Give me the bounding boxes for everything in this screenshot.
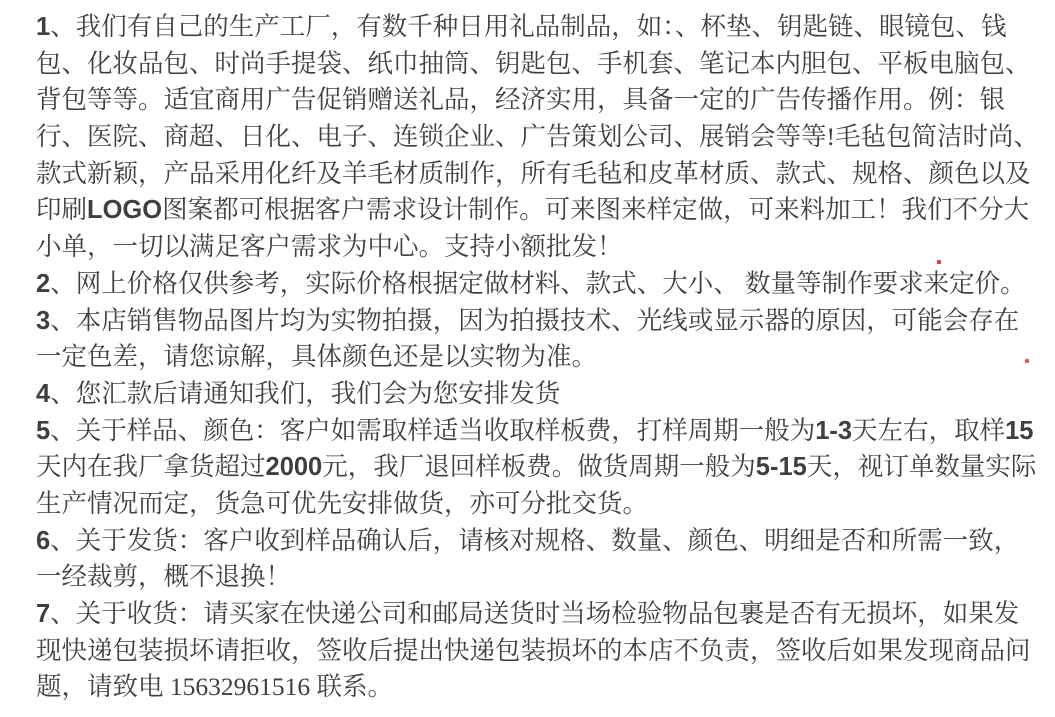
text-segment: 款式新颖，产品采用化纤及羊毛材质制作，所有毛毡和皮革材质、款式、规格、颜色以及 — [36, 159, 1031, 188]
bold-number-segment: 2 — [36, 270, 50, 298]
text-segment: 印刷 — [36, 195, 87, 224]
paragraph-item-2: 2、网上价格仅供参考，实际价格根据定做材料、款式、大小、 数量等制作要求来定价。 — [36, 266, 1027, 303]
bold-number-segment: 2000 — [266, 453, 323, 481]
text-segment: 、关于样品、颜色：客户如需取样适当收取样板费，打样周期一般为 — [50, 416, 815, 445]
text-line: 生产情况而定，货急可优先安排做货，亦可分批交货。 — [36, 486, 1027, 523]
text-segment: 元，我厂退回样板费。做货周期一般为 — [322, 452, 756, 481]
text-line: 2、网上价格仅供参考，实际价格根据定做材料、款式、大小、 数量等制作要求来定价。 — [36, 266, 1027, 303]
text-line: 一定色差，请您谅解，具体颜色还是以实物为准。 — [36, 339, 1027, 376]
bold-number-segment: 3 — [36, 307, 50, 335]
text-segment: 题，请致电 15632961516 联系。 — [36, 672, 393, 701]
bold-number-segment: 6 — [36, 527, 50, 555]
text-segment: 图案都可根据客户需求设计制作。可来图来样定做，可来料加工！我们不分大 — [162, 195, 1029, 224]
text-segment: 、关于收货：请买家在快递公司和邮局送货时当场检验物品包裹是否有无损坏，如果发 — [50, 599, 1019, 628]
bold-number-segment: 4 — [36, 380, 50, 408]
text-segment: 一定色差，请您谅解，具体颜色还是以实物为准。 — [36, 342, 597, 371]
text-segment: 、关于发货：客户收到样品确认后，请核对规格、数量、颜色、明细是否和所需一致， — [50, 526, 1019, 555]
paragraph-item-7: 7、关于收货：请买家在快递公司和邮局送货时当场检验物品包裹是否有无损坏，如果发 … — [36, 596, 1027, 706]
text-segment: 生产情况而定，货急可优先安排做货，亦可分批交货。 — [36, 489, 648, 518]
paragraph-item-6: 6、关于发货：客户收到样品确认后，请核对规格、数量、颜色、明细是否和所需一致， … — [36, 523, 1027, 596]
text-line: 1、我们有自己的生产工厂，有数千种日用礼品制品，如：、杯垫、钥匙链、眼镜包、钱 — [36, 9, 1027, 46]
text-segment: 、本店销售物品图片均为实物拍摄，因为拍摄技术、光线或显示器的原因，可能会存在 — [50, 306, 1019, 335]
text-segment: 行、医院、商超、日化、电子、连锁企业、广告策划公司、展销会等等!毛毡包简洁时尚、 — [36, 122, 1039, 151]
bold-number-segment: 7 — [36, 600, 50, 628]
bold-number-segment: 15 — [1005, 417, 1033, 445]
text-segment: 天左右，取样 — [852, 416, 1005, 445]
text-segment: 小单，一切以满足客户需求为中心。支持小额批发！ — [36, 232, 623, 261]
text-line: 天内在我厂拿货超过2000元，我厂退回样板费。做货周期一般为5-15天，视订单数… — [36, 449, 1027, 486]
text-line: 6、关于发货：客户收到样品确认后，请核对规格、数量、颜色、明细是否和所需一致， — [36, 523, 1027, 560]
text-segment: 天内在我厂拿货超过 — [36, 452, 266, 481]
text-line: 款式新颖，产品采用化纤及羊毛材质制作，所有毛毡和皮革材质、款式、规格、颜色以及 — [36, 156, 1027, 193]
text-line: 印刷LOGO图案都可根据客户需求设计制作。可来图来样定做，可来料加工！我们不分大 — [36, 192, 1027, 229]
text-line: 小单，一切以满足客户需求为中心。支持小额批发！ — [36, 229, 1027, 266]
text-line: 一经裁剪，概不退换！ — [36, 559, 1027, 596]
seller-notice-page: 1、我们有自己的生产工厂，有数千种日用礼品制品，如：、杯垫、钥匙链、眼镜包、钱 … — [0, 0, 1055, 717]
bold-number-segment: 1 — [36, 13, 50, 41]
text-line: 行、医院、商超、日化、电子、连锁企业、广告策划公司、展销会等等!毛毡包简洁时尚、 — [36, 119, 1027, 156]
red-dot-artifact — [1025, 359, 1029, 363]
text-line: 题，请致电 15632961516 联系。 — [36, 669, 1027, 706]
seller-notice-text: 1、我们有自己的生产工厂，有数千种日用礼品制品，如：、杯垫、钥匙链、眼镜包、钱 … — [0, 0, 1055, 706]
bold-number-segment: 5 — [36, 417, 50, 445]
text-segment: 背包等等。适宜商用广告促销赠送礼品，经济实用，具备一定的广告传播作用。例：银 — [36, 85, 1005, 114]
text-segment: 、我们有自己的生产工厂，有数千种日用礼品制品，如：、杯垫、钥匙链、眼镜包、钱 — [50, 12, 1006, 41]
bold-number-segment: LOGO — [87, 196, 162, 224]
text-segment: 包、化妆品包、时尚手提袋、纸巾抽筒、钥匙包、手机套、笔记本内胆包、平板电脑包、 — [36, 49, 1031, 78]
text-segment: 、网上价格仅供参考，实际价格根据定做材料、款式、大小、 数量等制作要求来定价。 — [50, 269, 1025, 298]
paragraph-item-5: 5、关于样品、颜色：客户如需取样适当收取样板费，打样周期一般为1-3天左右，取样… — [36, 413, 1027, 523]
text-segment: 一经裁剪，概不退换！ — [36, 562, 291, 591]
text-segment: 、您汇款后请通知我们，我们会为您安排发货 — [50, 379, 560, 408]
text-line: 4、您汇款后请通知我们，我们会为您安排发货 — [36, 376, 1027, 413]
paragraph-item-3: 3、本店销售物品图片均为实物拍摄，因为拍摄技术、光线或显示器的原因，可能会存在 … — [36, 303, 1027, 376]
paragraph-item-1: 1、我们有自己的生产工厂，有数千种日用礼品制品，如：、杯垫、钥匙链、眼镜包、钱 … — [36, 9, 1027, 266]
text-line: 现快递包装损坏请拒收，签收后提出快递包装损坏的本店不负责，签收后如果发现商品问 — [36, 633, 1027, 670]
text-segment: 现快递包装损坏请拒收，签收后提出快递包装损坏的本店不负责，签收后如果发现商品问 — [36, 636, 1031, 665]
bold-number-segment: 5-15 — [756, 453, 807, 481]
paragraph-item-4: 4、您汇款后请通知我们，我们会为您安排发货 — [36, 376, 1027, 413]
text-line: 包、化妆品包、时尚手提袋、纸巾抽筒、钥匙包、手机套、笔记本内胆包、平板电脑包、 — [36, 46, 1027, 83]
red-dot-artifact — [937, 260, 941, 264]
bold-number-segment: 1-3 — [815, 417, 852, 445]
text-line: 3、本店销售物品图片均为实物拍摄，因为拍摄技术、光线或显示器的原因，可能会存在 — [36, 303, 1027, 340]
text-line: 5、关于样品、颜色：客户如需取样适当收取样板费，打样周期一般为1-3天左右，取样… — [36, 413, 1027, 450]
text-line: 7、关于收货：请买家在快递公司和邮局送货时当场检验物品包裹是否有无损坏，如果发 — [36, 596, 1027, 633]
text-segment: 天，视订单数量实际 — [807, 452, 1037, 481]
text-line: 背包等等。适宜商用广告促销赠送礼品，经济实用，具备一定的广告传播作用。例：银 — [36, 82, 1027, 119]
